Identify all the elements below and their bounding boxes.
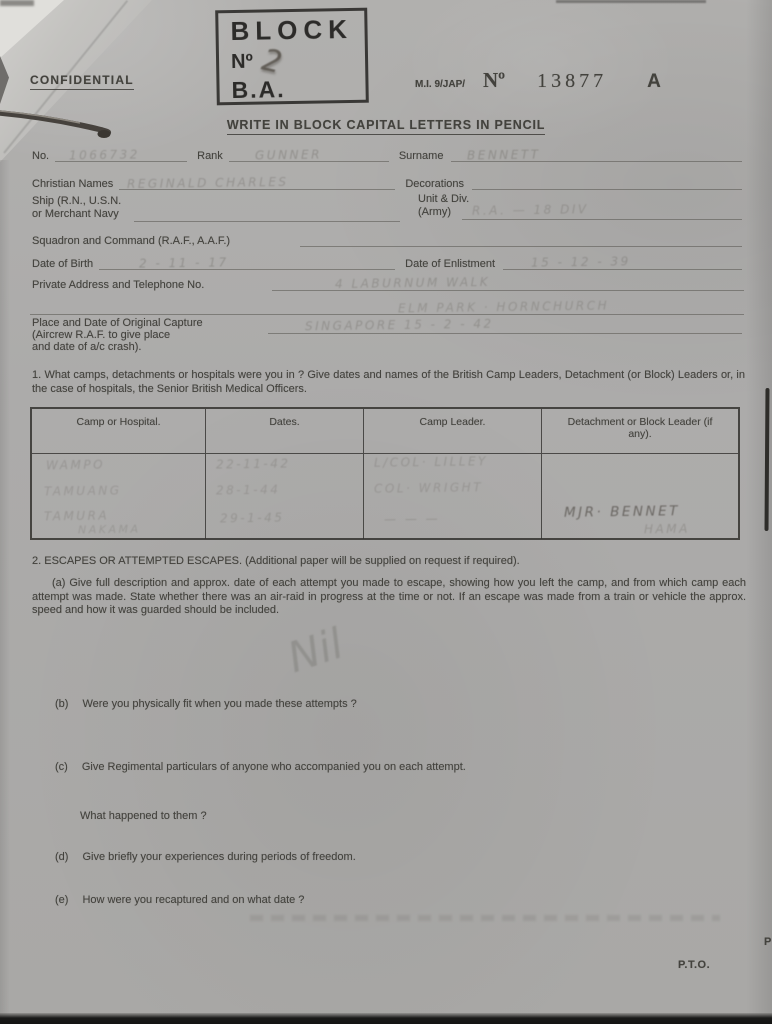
form-instruction-text: WRITE IN BLOCK CAPITAL LETTERS IN PENCIL	[227, 118, 545, 135]
field-christian-label: Christian Names	[32, 178, 113, 191]
question-c2-text: What happened to them ?	[80, 810, 207, 822]
reference-number-block: M.I. 9/JAP/ Nº 13877 A	[415, 68, 661, 93]
stamp-block-word: BLOCK	[230, 15, 352, 45]
scan-edge-shadow-left	[0, 0, 34, 6]
block-number-stamp: BLOCK Nº2 B.A.	[215, 8, 369, 106]
question-c-label: (c)	[55, 761, 68, 773]
question-b-row: (b) Were you physically fit when you mad…	[55, 698, 745, 710]
field-enlist-label: Date of Enlistment	[405, 258, 495, 271]
field-decorations-line	[472, 176, 742, 190]
field-rank-value: GUNNER	[255, 148, 322, 163]
field-address-value1: 4 LABURNUM WALK	[335, 275, 490, 291]
ref-number: 13877	[537, 70, 607, 93]
camp-row2-leader: COL· WRIGHT	[374, 480, 483, 496]
field-unit-label-line2: (Army)	[418, 206, 451, 219]
camp-table: Camp or Hospital. Dates. Camp Leader. De…	[30, 407, 740, 540]
field-christian-value: REGINALD CHARLES	[127, 175, 289, 191]
scanner-bed-strip	[0, 1013, 772, 1024]
ref-no-label: Nº	[483, 68, 505, 93]
field-address-label: Private Address and Telephone No.	[32, 279, 204, 292]
field-capture-value: SINGAPORE 15 - 2 - 42	[305, 317, 494, 334]
camp-row3-detachment-line2: HAMA	[644, 522, 690, 537]
camp-row3-detachment: MJR· BENNET	[564, 503, 680, 521]
ref-prefix: M.I. 9/JAP/	[415, 79, 465, 90]
paper-shading-left	[0, 160, 10, 1024]
confidential-text: CONFIDENTIAL	[30, 73, 134, 90]
question-b-label: (b)	[55, 698, 68, 710]
camp-row1-leader: L/COL· LILLEY	[374, 454, 488, 470]
question-c-row: (c) Give Regimental particulars of anyon…	[55, 761, 745, 773]
page-edge-letter: P	[764, 936, 772, 948]
camp-row3-camp-line2: NAKAMA	[78, 523, 141, 537]
question-e-label: (e)	[55, 894, 68, 906]
field-dob-value: 2 - 11 - 17	[139, 255, 229, 270]
field-row-identity: No. 1066732 Rank GUNNER Surname BENNETT	[32, 148, 742, 162]
confidential-marking: CONFIDENTIAL	[30, 73, 134, 87]
field-decorations-label: Decorations	[405, 178, 464, 191]
camp-row3-dates: 29-1-45	[220, 511, 285, 526]
stamp-number-line: Nº2	[231, 43, 354, 76]
question-b-text: Were you physically fit when you made th…	[82, 698, 356, 710]
scan-edge-shadow-top	[556, 0, 706, 3]
question-d-label: (d)	[55, 851, 68, 863]
field-rank-line: GUNNER	[229, 148, 389, 162]
camp-table-header-row: Camp or Hospital. Dates. Camp Leader. De…	[32, 409, 738, 454]
camp-row2-camp: TAMUANG	[44, 483, 122, 498]
question-d-row: (d) Give briefly your experiences during…	[55, 851, 745, 863]
field-no-label: No.	[32, 150, 49, 163]
camp-table-header-dates: Dates.	[206, 409, 364, 453]
field-enlist-value: 15 - 12 - 39	[531, 254, 631, 269]
camp-table-header-detachment: Detachment or Block Leader (if any).	[542, 409, 738, 453]
camp-row3-leader: — — —	[384, 512, 440, 527]
field-dob-label: Date of Birth	[32, 258, 93, 271]
field-surname-value: BENNETT	[467, 147, 541, 162]
field-enlist-line: 15 - 12 - 39	[503, 256, 742, 270]
stamp-ba-line: B.A.	[231, 74, 353, 104]
camp-row2-dates: 28-1-44	[216, 483, 281, 498]
field-ship-label-line1: Ship (R.N., U.S.N.	[32, 195, 121, 208]
camp-row1-camp: WAMPO	[46, 458, 105, 473]
field-row-dates: Date of Birth 2 - 11 - 17 Date of Enlist…	[32, 256, 742, 270]
question-c-text: Give Regimental particulars of anyone wh…	[82, 761, 466, 773]
field-capture-label-line3: and date of a/c crash).	[32, 341, 141, 354]
stamp-handwritten-number: 2	[259, 46, 284, 78]
section2-heading: 2. ESCAPES OR ATTEMPTED ESCAPES. (Additi…	[32, 555, 745, 569]
field-no-line: 1066732	[55, 148, 187, 162]
ref-series-letter: A	[647, 71, 661, 93]
form-instruction: WRITE IN BLOCK CAPITAL LETTERS IN PENCIL	[0, 116, 772, 134]
field-unit-value: R.A. — 18 DIV	[472, 202, 589, 218]
question-1-text: 1. What camps, detachments or hospitals …	[32, 369, 745, 396]
field-address-value2: ELM PARK · HORNCHURCH	[398, 299, 609, 316]
field-row-names: Christian Names REGINALD CHARLES Decorat…	[32, 176, 742, 190]
field-surname-line: BENNETT	[451, 148, 742, 162]
stamp-no-label: Nº	[231, 51, 253, 73]
section2-para-a: (a) Give full description and approx. da…	[32, 577, 746, 618]
camp-table-col-detachment	[542, 454, 738, 539]
ink-bleed-through	[250, 915, 720, 921]
field-address-line2	[30, 314, 744, 315]
field-unit-line	[462, 219, 742, 220]
field-capture-line	[268, 333, 742, 334]
field-no-value: 1066732	[69, 148, 140, 163]
field-rank-label: Rank	[197, 150, 223, 163]
section2-answer-a-scrawl: Nil	[282, 619, 349, 683]
field-squadron-line	[300, 246, 742, 247]
field-ship-line	[134, 221, 400, 222]
question-e-row: (e) How were you recaptured and on what …	[55, 894, 745, 906]
field-unit-label-line1: Unit & Div.	[418, 193, 469, 206]
question-e-text: How were you recaptured and on what date…	[82, 894, 304, 906]
field-ship-label-line2: or Merchant Navy	[32, 208, 119, 221]
field-christian-line: REGINALD CHARLES	[119, 176, 395, 190]
camp-table-header-camp: Camp or Hospital.	[32, 409, 206, 453]
field-surname-label: Surname	[399, 150, 444, 163]
pto-marking: P.T.O.	[678, 959, 710, 971]
scanned-form-page: CONFIDENTIAL BLOCK Nº2 B.A. M.I. 9/JAP/ …	[0, 0, 772, 1024]
field-dob-line: 2 - 11 - 17	[99, 256, 395, 270]
field-squadron-label: Squadron and Command (R.A.F., A.A.F.)	[32, 235, 230, 248]
field-capture-label-line2: (Aircrew R.A.F. to give place	[32, 329, 170, 342]
question-d-text: Give briefly your experiences during per…	[82, 851, 355, 863]
camp-table-header-leader: Camp Leader.	[364, 409, 542, 453]
camp-row1-dates: 22-11-42	[216, 456, 291, 471]
camp-row3-camp: TAMURA	[44, 509, 109, 524]
field-capture-label-line1: Place and Date of Original Capture	[32, 317, 203, 330]
